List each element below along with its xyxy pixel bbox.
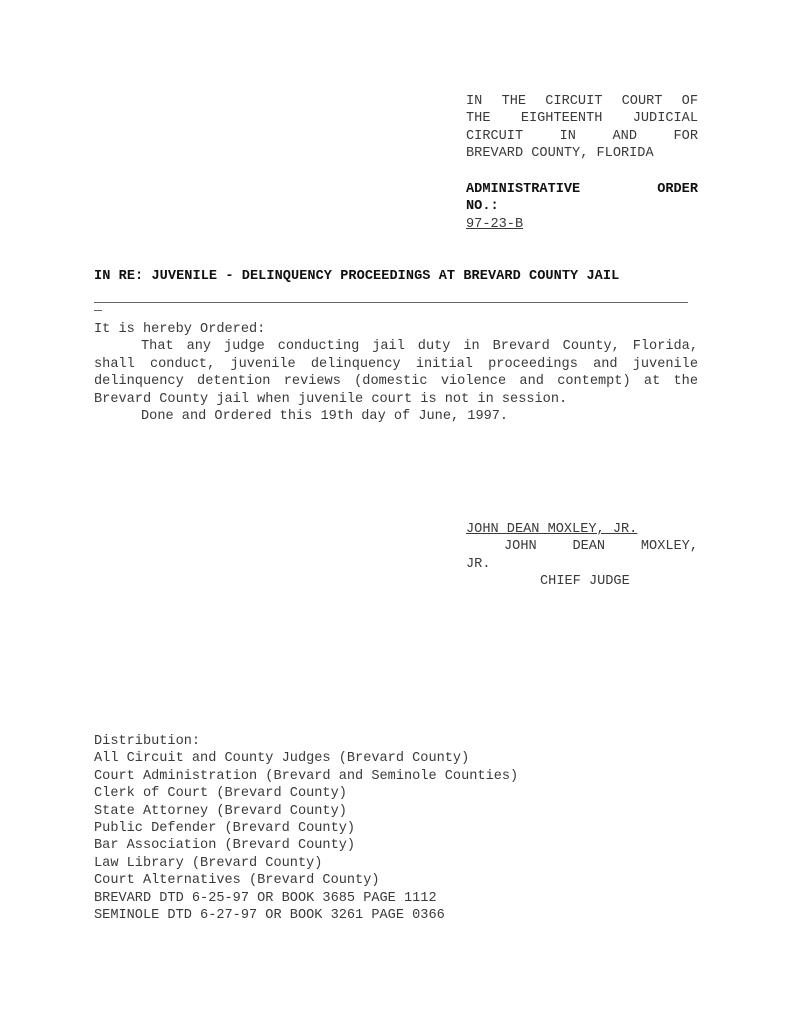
distribution-item: Bar Association (Brevard County) xyxy=(94,837,614,854)
court-caption: IN THE CIRCUIT COURT OF THE EIGHTEENTH J… xyxy=(466,93,698,163)
court-caption-line-3: CIRCUIT IN AND FOR xyxy=(466,128,698,145)
distribution-item: Court Administration (Brevard and Semino… xyxy=(94,768,614,785)
distribution-item: Court Alternatives (Brevard County) xyxy=(94,872,614,889)
order-label-no: NO.: xyxy=(466,198,698,215)
distribution-item: State Attorney (Brevard County) xyxy=(94,803,614,820)
distribution-list: Distribution: All Circuit and County Jud… xyxy=(94,733,614,924)
court-caption-line-2: THE EIGHTEENTH JUDICIAL xyxy=(466,110,698,127)
signer-title: CHIEF JUDGE xyxy=(466,573,698,590)
recording-reference: BREVARD DTD 6-25-97 OR BOOK 3685 PAGE 11… xyxy=(94,890,614,907)
order-closing: Done and Ordered this 19th day of June, … xyxy=(94,408,698,425)
order-paragraph: That any judge conducting jail duty in B… xyxy=(94,338,698,408)
distribution-heading: Distribution: xyxy=(94,733,614,750)
court-caption-line-4: BREVARD COUNTY, FLORIDA xyxy=(466,145,698,162)
title-divider xyxy=(94,302,688,303)
distribution-item: Clerk of Court (Brevard County) xyxy=(94,785,614,802)
title-divider-stub xyxy=(94,310,102,311)
signature-block: JOHN DEAN MOXLEY, JR. JOHN DEAN MOXLEY, … xyxy=(466,521,698,591)
distribution-item: Public Defender (Brevard County) xyxy=(94,820,614,837)
distribution-item: All Circuit and County Judges (Brevard C… xyxy=(94,750,614,767)
signed-name: JOHN DEAN MOXLEY, JR. xyxy=(466,522,637,537)
court-caption-line-1: IN THE CIRCUIT COURT OF xyxy=(466,93,698,110)
typed-name: JOHN DEAN MOXLEY, xyxy=(466,538,698,555)
distribution-item: Law Library (Brevard County) xyxy=(94,855,614,872)
typed-name-suffix: JR. xyxy=(466,556,698,573)
order-opening: It is hereby Ordered: xyxy=(94,321,698,338)
order-body: It is hereby Ordered: That any judge con… xyxy=(94,321,698,425)
recording-reference: SEMINOLE DTD 6-27-97 OR BOOK 3261 PAGE 0… xyxy=(94,907,614,924)
order-number: 97-23-B xyxy=(466,217,523,232)
order-label: ADMINISTRATIVE ORDER xyxy=(466,181,698,198)
document-title: IN RE: JUVENILE - DELINQUENCY PROCEEDING… xyxy=(94,268,619,285)
administrative-order-number: ADMINISTRATIVE ORDER NO.: 97-23-B xyxy=(466,181,698,233)
